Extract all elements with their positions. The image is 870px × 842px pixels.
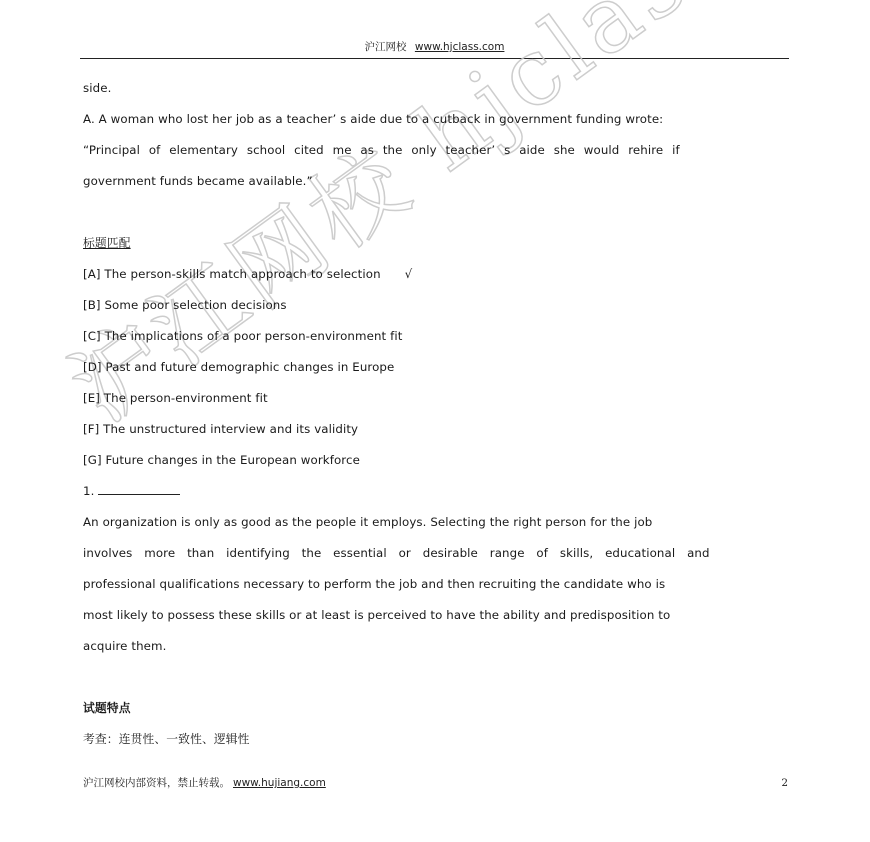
option-label: [A] The person-skills match approach to … (83, 267, 381, 281)
passage-line-3: professional qualifications necessary to… (83, 569, 788, 600)
features-text: 考查：连贯性、一致性、逻辑性 (83, 724, 788, 755)
option-label: [E] The person-environment fit (83, 391, 268, 405)
footer-url-link[interactable]: www.hujiang.com (233, 777, 326, 789)
section-title-heading-matching: 标题匹配 (83, 228, 788, 259)
features-title: 试题特点 (83, 693, 788, 724)
page-content: side. A. A woman who lost her job as a t… (83, 73, 788, 755)
option-label: [G] Future changes in the European workf… (83, 453, 360, 467)
options-list: [A] The person-skills match approach to … (83, 259, 788, 476)
option-label: [F] The unstructured interview and its v… (83, 422, 358, 436)
option-label: [B] Some poor selection decisions (83, 298, 287, 312)
page-header: 沪江网校 www.hjclass.com (80, 39, 789, 59)
page-number: 2 (781, 775, 788, 791)
question-number: 1. (83, 484, 94, 498)
option-label: [D] Past and future demographic changes … (83, 360, 394, 374)
passage-line-1: An organization is only as good as the p… (83, 507, 788, 538)
page-footer: 沪江网校内部资料，禁止转载。www.hujiang.com 2 (83, 775, 788, 791)
footer-notice: 沪江网校内部资料，禁止转载。 (83, 777, 230, 789)
passage: An organization is only as good as the p… (83, 507, 788, 662)
option-item-b: [B] Some poor selection decisions (83, 290, 788, 321)
passage-line-4: most likely to possess these skills or a… (83, 600, 788, 631)
passage-line-5: acquire them. (83, 631, 788, 662)
example-a: A. A woman who lost her job as a teacher… (83, 104, 788, 135)
spacer (83, 662, 788, 693)
continuation-text: side. (83, 73, 788, 104)
option-item-e: [E] The person-environment fit (83, 383, 788, 414)
spacer (83, 197, 788, 228)
answer-blank (98, 482, 180, 495)
document-page: 沪江网校 www.hjclass.com 沪江网校 hjclass.com si… (0, 0, 870, 842)
question-1: 1. (83, 476, 788, 507)
option-item-g: [G] Future changes in the European workf… (83, 445, 788, 476)
passage-line-2: involves more than identifying the essen… (83, 538, 788, 569)
option-item-f: [F] The unstructured interview and its v… (83, 414, 788, 445)
option-item-a: [A] The person-skills match approach to … (83, 259, 788, 290)
example-quote-line-1: “Principal of elementary school cited me… (83, 135, 788, 166)
option-label: [C] The implications of a poor person-en… (83, 329, 402, 343)
header-school-name: 沪江网校 (365, 41, 407, 53)
header-url-link[interactable]: www.hjclass.com (415, 41, 505, 53)
example-quote-line-2: government funds became available.” (83, 166, 788, 197)
checkmark-icon: √ (405, 267, 413, 281)
option-item-c: [C] The implications of a poor person-en… (83, 321, 788, 352)
option-item-d: [D] Past and future demographic changes … (83, 352, 788, 383)
